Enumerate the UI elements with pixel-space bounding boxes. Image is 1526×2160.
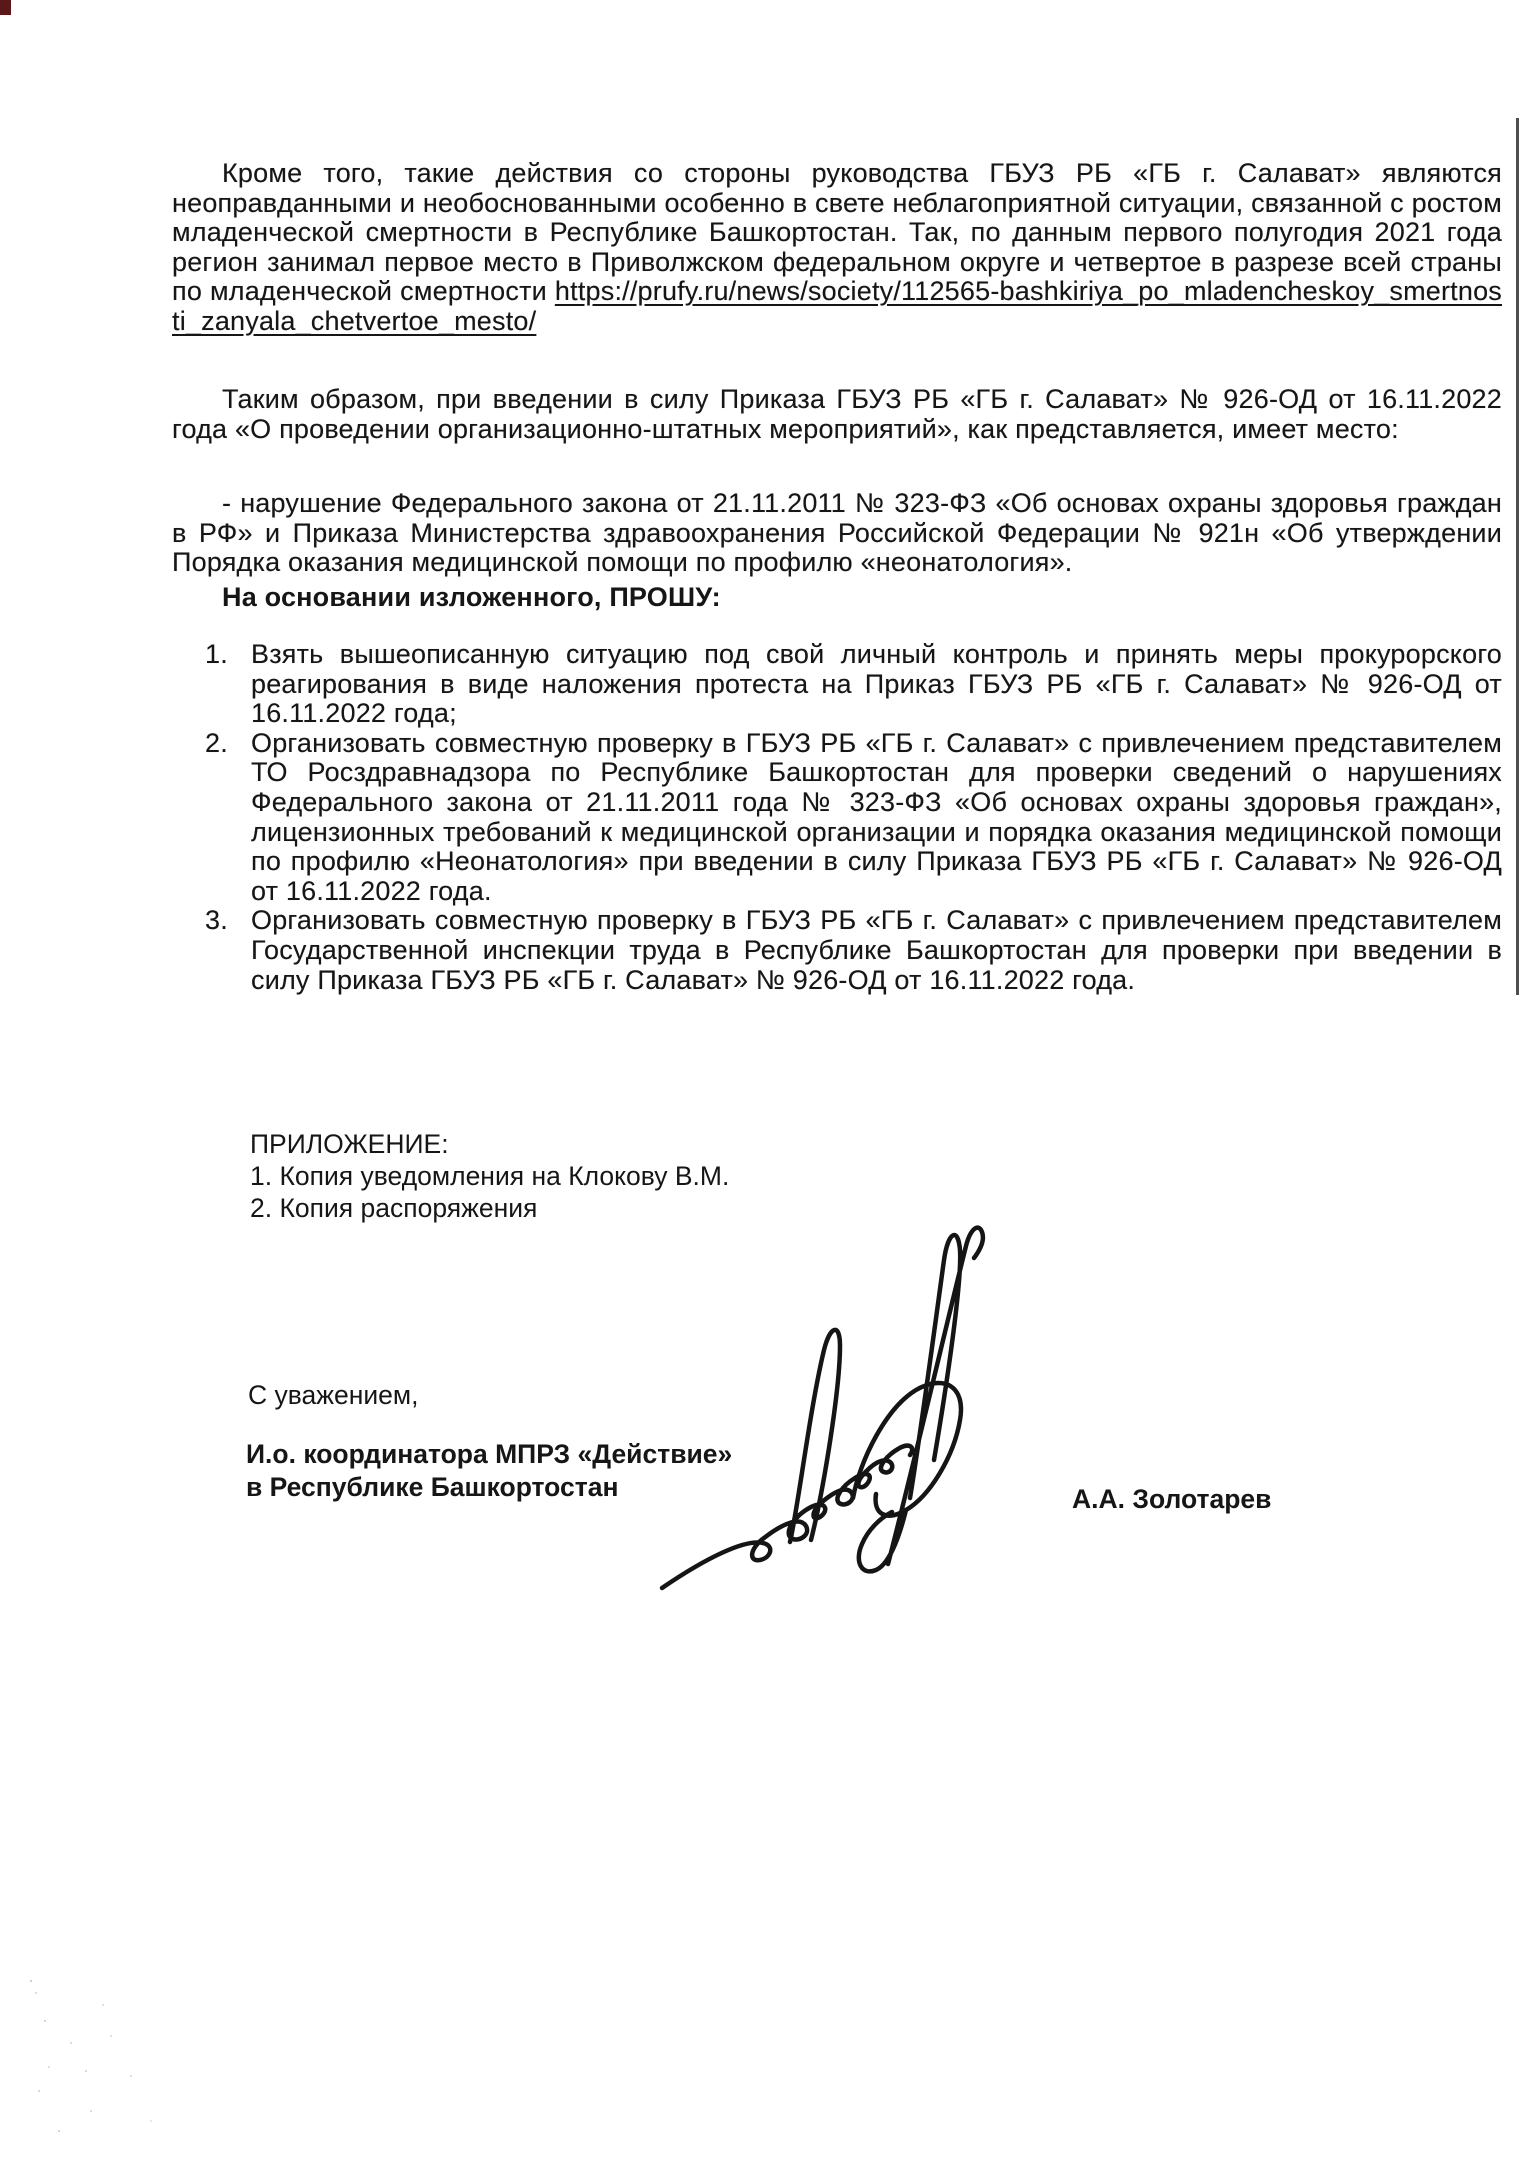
attachment-title: ПРИЛОЖЕНИЕ: bbox=[250, 1128, 1150, 1160]
attachment-item-1: 1. Копия уведомления на Клокову В.М. bbox=[250, 1160, 1150, 1192]
scan-edge-artifact bbox=[1516, 118, 1519, 995]
scanned-letter-page: Кроме того, такие действия со стороны ру… bbox=[0, 0, 1526, 2160]
request-item-2-number: 2. bbox=[205, 729, 251, 759]
scan-noise bbox=[30, 1980, 32, 1982]
request-item-2: 2. Организовать совместную проверку в ГБ… bbox=[205, 729, 1502, 907]
request-item-1-number: 1. bbox=[205, 640, 251, 670]
request-list: 1. Взять вышеописанную ситуацию под свой… bbox=[205, 640, 1502, 995]
request-item-3-number: 3. bbox=[205, 906, 251, 936]
request-heading: На основании изложенного, ПРОШУ: bbox=[222, 582, 721, 613]
signer-name: А.А. Золотарев bbox=[1072, 1484, 1271, 1515]
request-item-3: 3. Организовать совместную проверку в ГБ… bbox=[205, 906, 1502, 995]
paragraph-intro: Кроме того, такие действия со стороны ру… bbox=[172, 159, 1502, 337]
paragraph-conclusion: Таким образом, при введении в силу Прика… bbox=[172, 385, 1502, 444]
handwritten-signature bbox=[648, 1198, 1048, 1610]
request-item-2-text: Организовать совместную проверку в ГБУЗ … bbox=[251, 729, 1502, 907]
paragraph-violation: - нарушение Федерального закона от 21.11… bbox=[172, 489, 1502, 578]
request-item-1: 1. Взять вышеописанную ситуацию под свой… bbox=[205, 640, 1502, 729]
request-item-3-text: Организовать совместную проверку в ГБУЗ … bbox=[251, 906, 1502, 995]
request-item-1-text: Взять вышеописанную ситуацию под свой ли… bbox=[251, 640, 1502, 729]
salutation: С уважением, bbox=[248, 1380, 419, 1411]
scan-corner-artifact bbox=[0, 0, 11, 15]
